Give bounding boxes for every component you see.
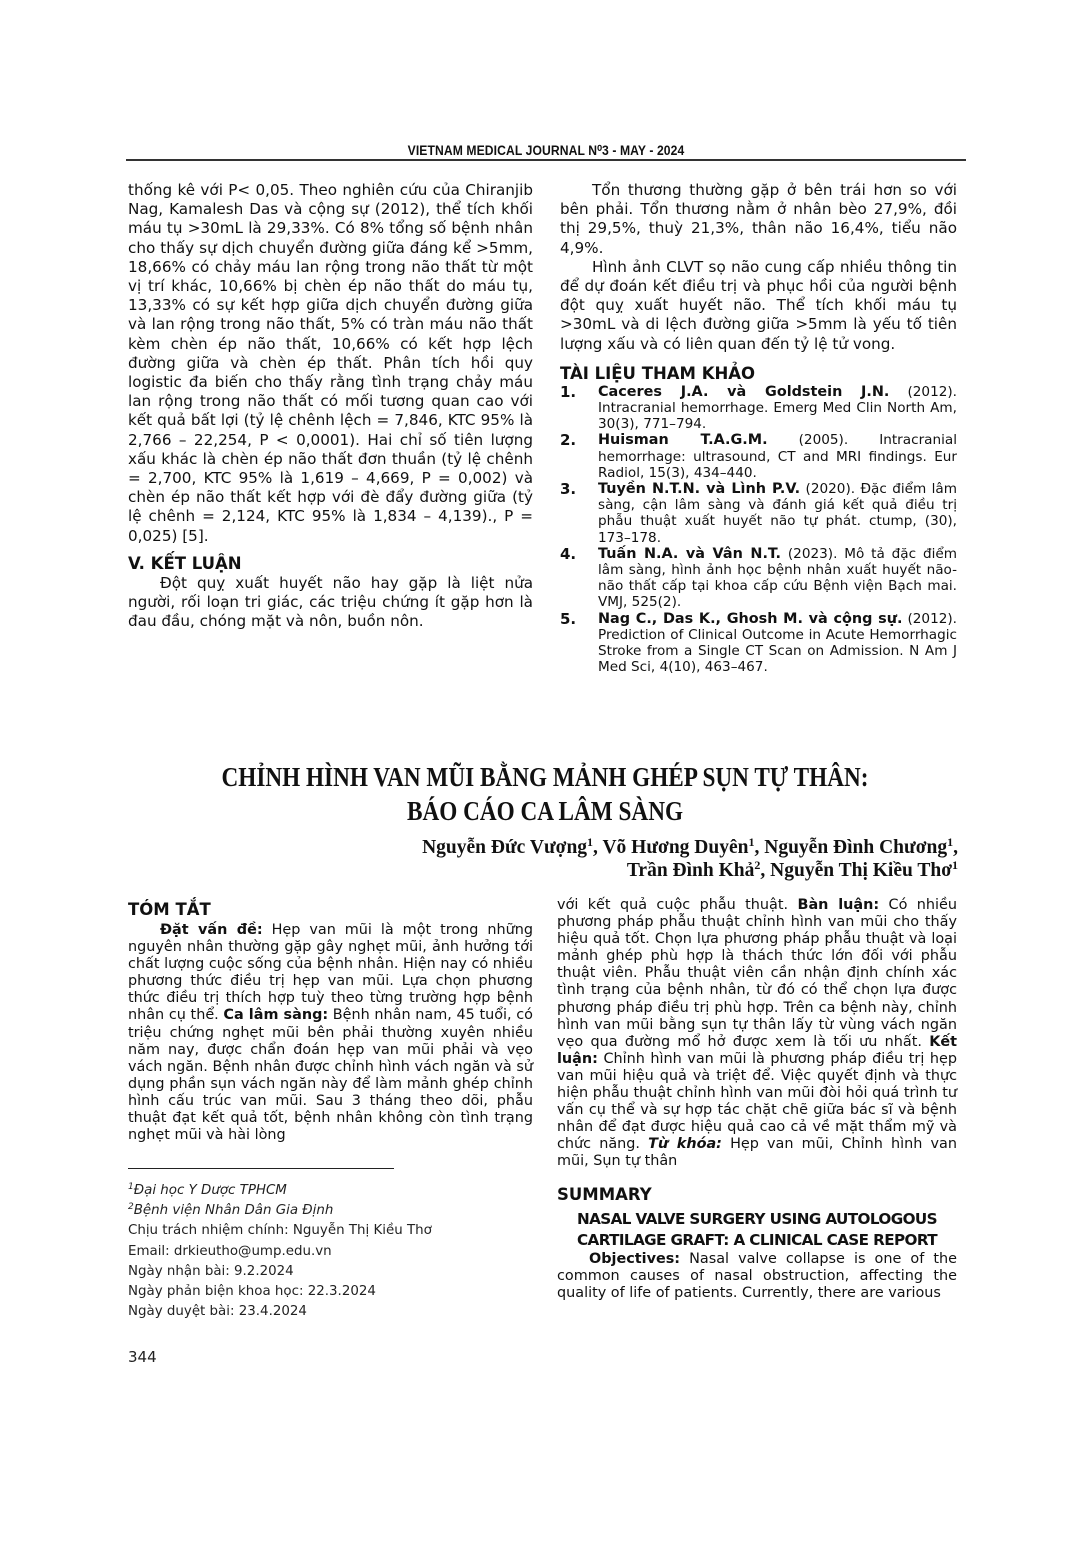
date-received: Ngày nhận bài: 9.2.2024: [128, 1262, 548, 1282]
abstract-heading: TÓM TẮT: [128, 900, 533, 920]
affiliation-2: 2Bệnh viện Nhân Dân Gia Định: [128, 1201, 548, 1221]
section-heading-conclusion: V. KẾT LUẬN: [128, 553, 533, 574]
label-background: Đặt vấn đề:: [160, 922, 263, 938]
affiliation-text: Đại học Y Dược TPHCM: [134, 1183, 287, 1198]
summary-paragraph: Objectives: Nasal valve collapse is one …: [557, 1251, 957, 1302]
author-name: Trần Đình Khả: [627, 860, 755, 881]
reference-authors: Tuấn N.A. và Vân N.T.: [598, 546, 781, 562]
date-accepted: Ngày duyệt bài: 23.4.2024: [128, 1302, 548, 1322]
reference-number: 4.: [560, 546, 576, 562]
reference-item: 4.Tuấn N.A. và Vân N.T. (2023). Mô tả đặ…: [560, 546, 957, 611]
abstract-text: với kết quả cuộc phẫu thuật.: [557, 897, 797, 913]
reference-authors: Tuyền N.T.N. và Lình P.V.: [598, 481, 800, 497]
reference-list: 1.Caceres J.A. và Goldstein J.N. (2012).…: [560, 384, 957, 676]
email: Email: drkieutho@ump.edu.vn: [128, 1242, 548, 1262]
reference-item: 2.Huisman T.A.G.M. (2005). Intracranial …: [560, 432, 957, 481]
abstract-paragraph: Đặt vấn đề: Hẹp van mũi là một trong nhữ…: [128, 922, 533, 1144]
article-title-line-1: CHỈNH HÌNH VAN MŨI BẰNG MẢNH GHÉP SỤN TỰ…: [180, 760, 911, 794]
body-paragraph: thống kê với P< 0,05. Theo nghiên cứu củ…: [128, 181, 533, 546]
label-keywords: Từ khóa:: [648, 1136, 722, 1152]
reference-authors: Huisman T.A.G.M.: [598, 432, 768, 448]
author-list: Nguyễn Đức Vượng1, Võ Hương Duyên1, Nguy…: [422, 836, 958, 882]
references-heading: TÀI LIỆU THAM KHẢO: [560, 363, 957, 384]
reference-authors: Caceres J.A. và Goldstein J.N.: [598, 384, 889, 400]
author-separator: ,: [760, 860, 770, 881]
footnotes: 1Đại học Y Dược TPHCM 2Bệnh viện Nhân Dâ…: [128, 1181, 548, 1322]
article-title: CHỈNH HÌNH VAN MŨI BẰNG MẢNH GHÉP SỤN TỰ…: [180, 760, 911, 828]
label-case: Ca lâm sàng:: [223, 1007, 328, 1023]
author-separator: ,: [754, 837, 764, 858]
header-rule: [126, 159, 966, 161]
author-name: Võ Hương Duyên: [602, 837, 748, 858]
reference-item: 5.Nag C., Das K., Ghosh M. và cộng sự. (…: [560, 611, 957, 676]
journal-page: VIETNAM MEDICAL JOURNAL N⁰3 - MAY - 2024…: [0, 0, 1090, 1541]
abstract-right-column: với kết quả cuộc phẫu thuật. Bàn luận: C…: [557, 897, 957, 1302]
page-number: 344: [128, 1348, 157, 1366]
affiliation-1: 1Đại học Y Dược TPHCM: [128, 1181, 548, 1201]
author-name: Nguyễn Đình Chương: [764, 837, 947, 858]
corresponding-author: Chịu trách nhiệm chính: Nguyễn Thị Kiều …: [128, 1221, 548, 1241]
abstract-left-column: TÓM TẮT Đặt vấn đề: Hẹp van mũi là một t…: [128, 900, 533, 1144]
label-objectives: Objectives:: [589, 1251, 680, 1267]
reference-number: 3.: [560, 481, 576, 497]
prev-article-right-column: Tổn thương thường gặp ở bên trái hơn so …: [560, 181, 957, 675]
author-name: Nguyễn Thị Kiều Thơ: [770, 860, 952, 881]
summary-heading: SUMMARY: [557, 1185, 957, 1205]
body-paragraph: Đột quỵ xuất huyết não hay gặp là liệt n…: [128, 574, 533, 632]
reference-number: 1.: [560, 384, 576, 400]
label-discussion: Bàn luận:: [797, 897, 879, 913]
abstract-text: Có nhiều phương pháp phẫu thuật chỉnh hì…: [557, 897, 957, 1050]
body-paragraph: Tổn thương thường gặp ở bên trái hơn so …: [560, 181, 957, 258]
abstract-paragraph: với kết quả cuộc phẫu thuật. Bàn luận: C…: [557, 897, 957, 1171]
reference-authors: Nag C., Das K., Ghosh M. và cộng sự.: [598, 611, 902, 627]
reference-item: 1.Caceres J.A. và Goldstein J.N. (2012).…: [560, 384, 957, 433]
author-affiliation: 1: [952, 858, 958, 872]
author-line-2: Trần Đình Khả2, Nguyễn Thị Kiều Thơ1: [422, 859, 958, 882]
author-line-1: Nguyễn Đức Vượng1, Võ Hương Duyên1, Nguy…: [422, 836, 958, 859]
article-title-line-2: BÁO CÁO CA LÂM SÀNG: [180, 794, 911, 828]
date-reviewed: Ngày phản biện khoa học: 22.3.2024: [128, 1282, 548, 1302]
reference-number: 2.: [560, 432, 576, 448]
reference-number: 5.: [560, 611, 576, 627]
footnote-rule: [128, 1168, 394, 1169]
author-name: Nguyễn Đức Vượng: [422, 837, 587, 858]
body-paragraph: Hình ảnh CLVT sọ não cung cấp nhiều thôn…: [560, 258, 957, 354]
author-separator: ,: [953, 837, 958, 858]
summary-title: NASAL VALVE SURGERY USING AUTOLOGOUS CAR…: [557, 1209, 957, 1251]
prev-article-left-column: thống kê với P< 0,05. Theo nghiên cứu củ…: [128, 181, 533, 631]
affiliation-text: Bệnh viện Nhân Dân Gia Định: [134, 1203, 334, 1218]
abstract-text: Bệnh nhân nam, 45 tuổi, có triệu chứng n…: [128, 1007, 533, 1143]
reference-item: 3.Tuyền N.T.N. và Lình P.V. (2020). Đặc …: [560, 481, 957, 546]
running-head: VIETNAM MEDICAL JOURNAL N⁰3 - MAY - 2024: [169, 143, 923, 159]
